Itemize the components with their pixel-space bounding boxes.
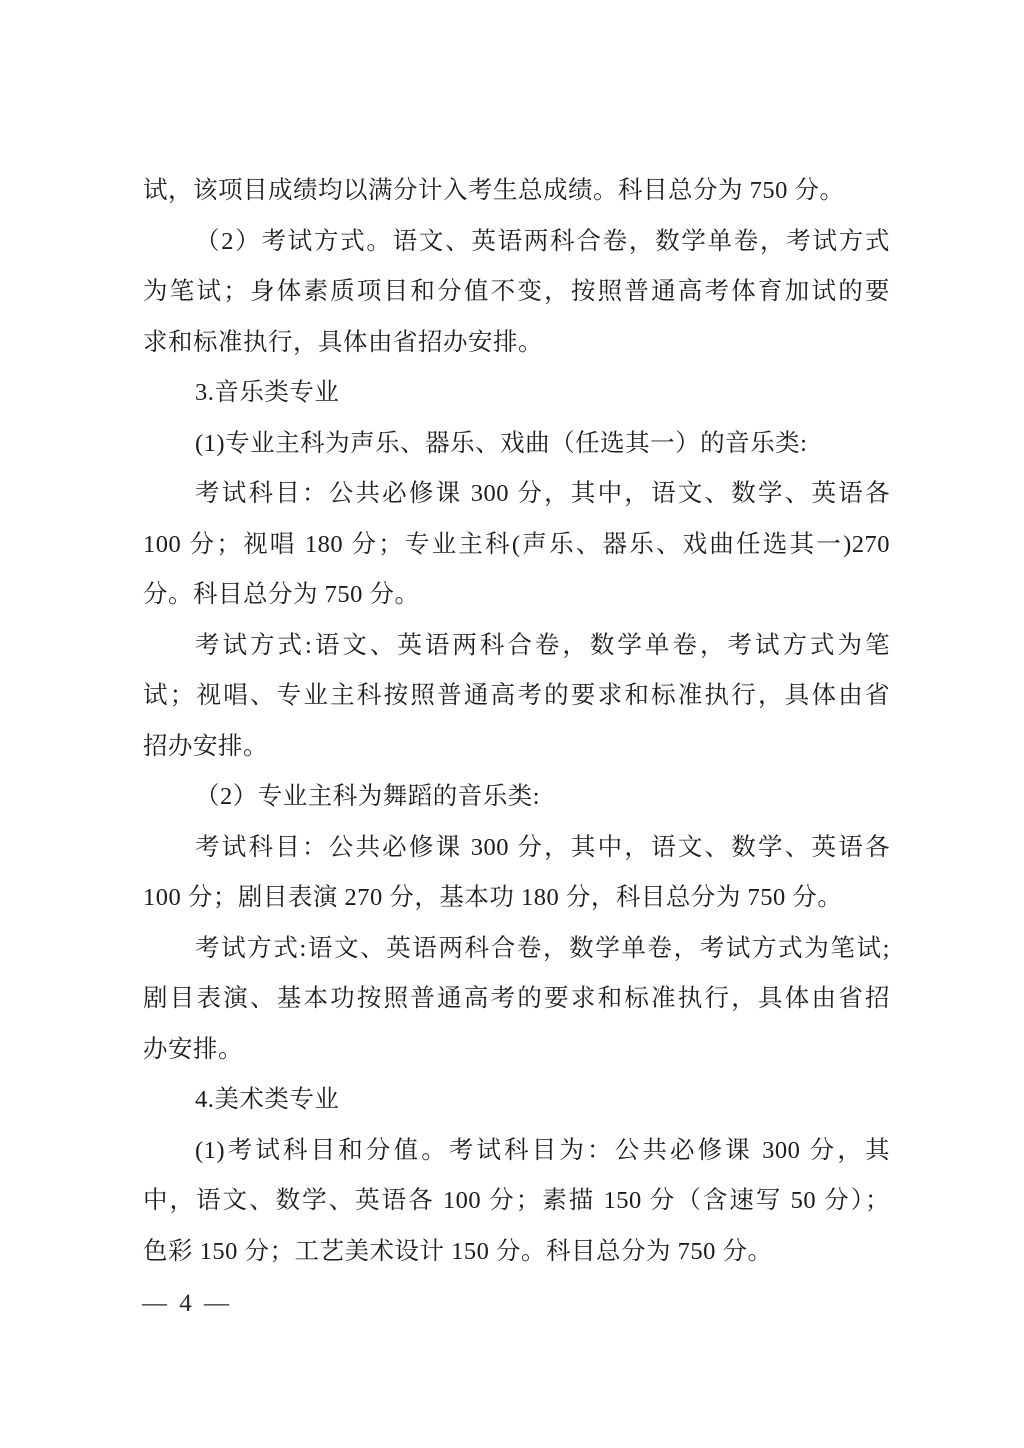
text-line: （2）专业主科为舞蹈的音乐类: [143, 772, 890, 823]
text-line: 办安排。 [143, 1025, 890, 1076]
text-line: 考试方式:语文、英语两科合卷，数学单卷，考试方式为笔试; [143, 924, 890, 975]
text-line: 4.美术类专业 [143, 1075, 890, 1126]
text-line: （2）考试方式。语文、英语两科合卷，数学单卷，考试方式 [143, 217, 890, 268]
text-line: (1)专业主科为声乐、器乐、戏曲（任选其一）的音乐类: [143, 419, 890, 470]
text-line: 求和标准执行，具体由省招办安排。 [143, 318, 890, 369]
text-line: 100 分；剧目表演 270 分，基本功 180 分，科目总分为 750 分。 [143, 873, 890, 924]
text-line: 考试科目：公共必修课 300 分，其中，语文、数学、英语各 [143, 823, 890, 874]
text-line: 考试科目：公共必修课 300 分，其中，语文、数学、英语各 [143, 469, 890, 520]
document-body: 试，该项目成绩均以满分计入考生总成绩。科目总分为 750 分。（2）考试方式。语… [143, 166, 890, 1277]
text-line: 剧目表演、基本功按照普通高考的要求和标准执行，具体由省招 [143, 974, 890, 1025]
text-line: 分。科目总分为 750 分。 [143, 570, 890, 621]
text-line: 试，该项目成绩均以满分计入考生总成绩。科目总分为 750 分。 [143, 166, 890, 217]
text-line: 3.音乐类专业 [143, 368, 890, 419]
text-line: 招办安排。 [143, 722, 890, 773]
text-line: 中，语文、数学、英语各 100 分；素描 150 分（含速写 50 分）； [143, 1176, 890, 1227]
text-line: 为笔试；身体素质项目和分值不变，按照普通高考体育加试的要 [143, 267, 890, 318]
text-line: 考试方式:语文、英语两科合卷，数学单卷，考试方式为笔 [143, 621, 890, 672]
text-line: 试；视唱、专业主科按照普通高考的要求和标准执行，具体由省 [143, 671, 890, 722]
text-line: 100 分；视唱 180 分；专业主科(声乐、器乐、戏曲任选其一)270 [143, 520, 890, 571]
document-page: 试，该项目成绩均以满分计入考生总成绩。科目总分为 750 分。（2）考试方式。语… [0, 0, 1024, 1448]
page-number: — 4 — [142, 1288, 232, 1320]
text-line: (1)考试科目和分值。考试科目为：公共必修课 300 分，其 [143, 1126, 890, 1177]
text-line: 色彩 150 分；工艺美术设计 150 分。科目总分为 750 分。 [143, 1227, 890, 1278]
